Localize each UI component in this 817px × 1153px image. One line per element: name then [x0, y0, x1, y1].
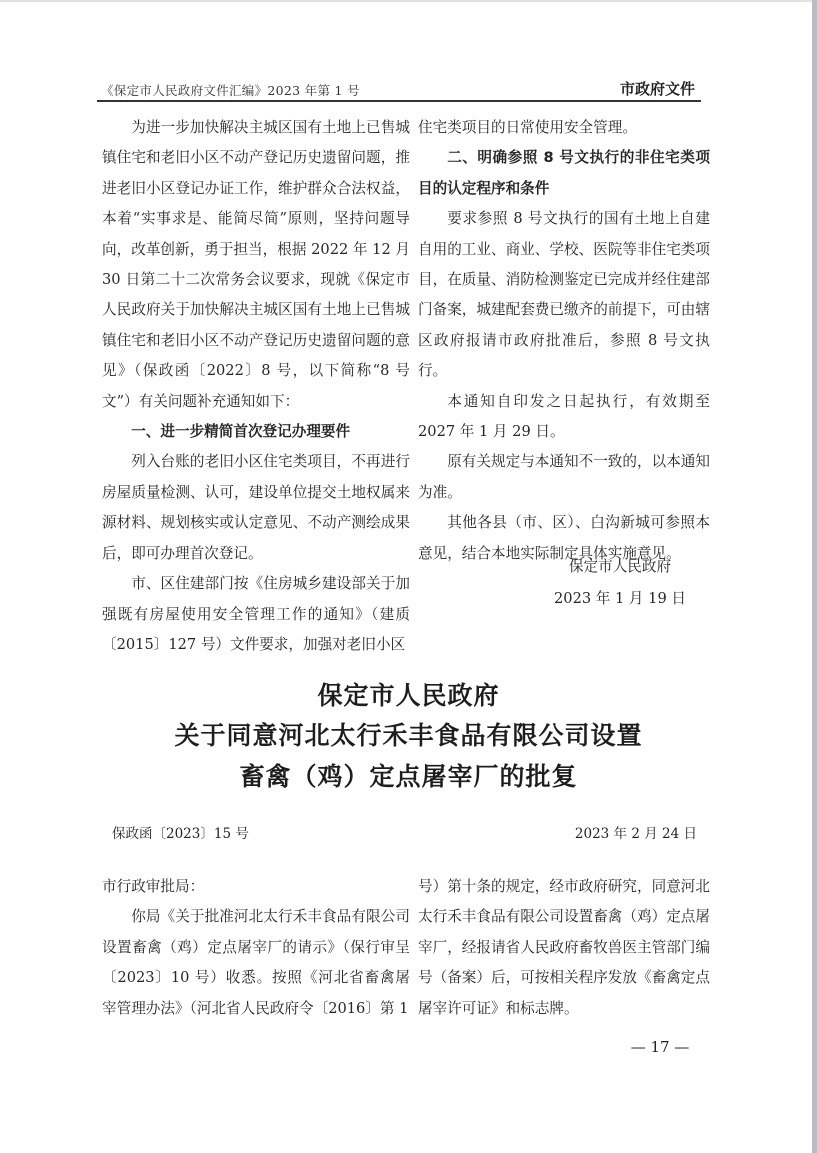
reply-title-line-2: 关于同意河北太行禾丰食品有限公司设置	[60, 716, 757, 752]
section-heading: 二、明确参照 8 号文执行的非住宅类项目的认定程序和条件	[418, 143, 710, 204]
reply-title-line-3: 畜禽（鸡）定点屠宰厂的批复	[60, 757, 757, 793]
notice-left-column: 为进一步加快解决主城区国有土地上已售城镇住宅和老旧小区不动产登记历史遗留问题，推…	[102, 113, 410, 660]
salutation: 市行政审批局：	[102, 872, 410, 902]
page-number: — 17 —	[600, 1038, 720, 1056]
scan-right-edge	[812, 0, 817, 1153]
section-heading: 一、进一步精简首次登记办理要件	[102, 417, 410, 447]
running-header: 《保定市人民政府文件汇编》2023 年第 1 号 市政府文件	[97, 78, 701, 100]
reply-title-line-1: 保定市人民政府	[60, 676, 757, 712]
paragraph: 原有关规定与本通知不一致的，以本通知为准。	[418, 447, 710, 508]
paragraph: 为进一步加快解决主城区国有土地上已售城镇住宅和老旧小区不动产登记历史遗留问题，推…	[102, 113, 410, 417]
signature-date: 2023 年 1 月 19 日	[520, 587, 720, 608]
paragraph: 列入台账的老旧小区住宅类项目，不再进行房屋质量检测、认可，建设单位提交土地权属来…	[102, 447, 410, 569]
header-rule	[97, 100, 701, 102]
reply-left-column: 市行政审批局： 你局《关于批准河北太行禾丰食品有限公司设置畜禽（鸡）定点屠宰厂的…	[102, 872, 410, 1024]
section-label: 市政府文件	[620, 78, 695, 99]
document-number: 保政函〔2023〕15 号	[112, 822, 249, 842]
paragraph-continuation: 号）第十条的规定，经市政府研究，同意河北太行禾丰食品有限公司设置畜禽（鸡）定点屠…	[418, 872, 710, 1024]
document-date: 2023 年 2 月 24 日	[575, 822, 697, 842]
paragraph: 你局《关于批准河北太行禾丰食品有限公司设置畜禽（鸡）定点屠宰厂的请示》（保行审呈…	[102, 902, 410, 1024]
paragraph: 市、区住建部门按《住房城乡建设部关于加强既有房屋使用安全管理工作的通知》（建质〔…	[102, 569, 410, 660]
reply-right-column: 号）第十条的规定，经市政府研究，同意河北太行禾丰食品有限公司设置畜禽（鸡）定点屠…	[418, 872, 710, 1024]
signature-org: 保定市人民政府	[520, 555, 720, 576]
paragraph: 本通知自印发之日起执行，有效期至 2027 年 1 月 29 日。	[418, 387, 710, 448]
scan-top-edge	[0, 0, 817, 2]
paragraph-continuation: 住宅类项目的日常使用安全管理。	[418, 113, 710, 143]
notice-right-column: 住宅类项目的日常使用安全管理。 二、明确参照 8 号文执行的非住宅类项目的认定程…	[418, 113, 710, 569]
paragraph: 要求参照 8 号文执行的国有土地上自建自用的工业、商业、学校、医院等非住宅类项目…	[418, 204, 710, 386]
publication-title: 《保定市人民政府文件汇编》2023 年第 1 号	[101, 81, 360, 99]
